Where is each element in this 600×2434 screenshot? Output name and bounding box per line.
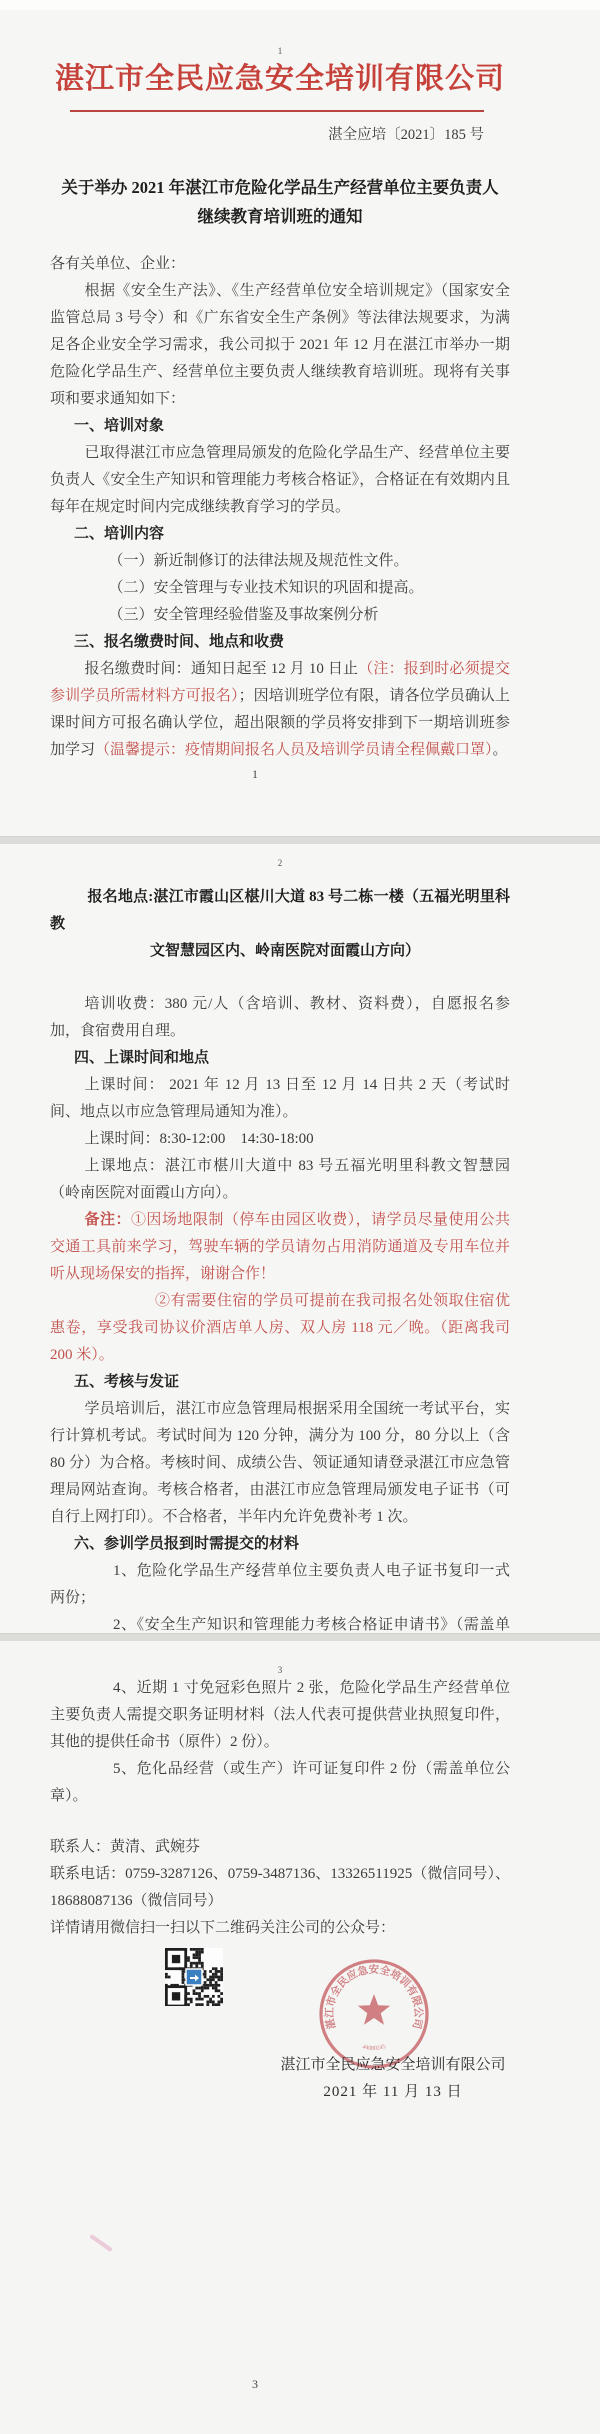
page-top-marker: 3 [50, 1641, 510, 1675]
material-item-5: 5、危化品经营（或生产）许可证复印件 2 份（需盖单位公章）。 [50, 1756, 510, 1810]
section-3-heading: 三、报名缴费时间、地点和收费 [50, 629, 510, 656]
salutation: 各有关单位、企业： [50, 251, 510, 278]
page-number-footer: 1 [0, 761, 510, 788]
document-title-line1: 关于举办 2021 年湛江市危险化学品生产经营单位主要负责人 [50, 173, 510, 202]
section-5-heading: 五、考核与发证 [50, 1369, 510, 1396]
page-top-marker: 2 [50, 844, 510, 868]
note-1: 备注：①因场地限制（停车由园区收费），请学员尽量使用公共交通工具前来学习，驾驶车… [50, 1207, 510, 1288]
seal-star-icon [358, 1994, 390, 2025]
registration-paragraph: 报名缴费时间：通知日起至 12 月 10 日止（注：报到时必须提交参训学员所需材… [50, 656, 510, 764]
document-page-3: 3 4、近期 1 寸免冠彩色照片 2 张，危险化学品生产经营单位主要负责人需提交… [0, 1641, 600, 2434]
registration-tip-red: （温馨提示：疫情期间报名人员及培训学员请全程佩戴口罩） [95, 742, 493, 758]
registration-address-line1: 报名地点:湛江市霞山区椹川大道 83 号二栋一楼（五福光明里科教 [50, 884, 510, 938]
section-6-heading: 六、参训学员报到时需提交的材料 [50, 1531, 510, 1558]
letterhead-rule [70, 110, 484, 112]
signature-block: 湛江市全民应急安全培训有限公司 2021 年 11 月 13 日 [276, 2052, 510, 2106]
section-5-body: 学员培训后，湛江市应急管理局根据采用全国统一考试平台，实行计算机考试。考试时间为… [50, 1396, 510, 1531]
scan-top-margin [0, 0, 600, 10]
page-top-marker: 1 [50, 10, 510, 56]
section-2-item-2: （二）安全管理与专业技术知识的巩固和提高。 [50, 575, 510, 602]
signature-date: 2021 年 11 月 13 日 [276, 2079, 510, 2106]
contact-person: 联系人：黄清、武婉芬 [50, 1834, 510, 1861]
section-1-heading: 一、培训对象 [50, 413, 510, 440]
fee-paragraph: 培训收费：380 元/人（含培训、教材、资料费），自愿报名参加，食宿费用自理。 [50, 991, 510, 1045]
organization-letterhead: 湛江市全民应急安全培训有限公司 [50, 62, 510, 96]
document-title: 关于举办 2021 年湛江市危险化学品生产经营单位主要负责人 继续教育培训班的通… [50, 173, 510, 231]
class-place: 上课地点：湛江市椹川大道中 83 号五福光明里科教文智慧园（岭南医院对面霞山方向… [50, 1153, 510, 1207]
signature-organization: 湛江市全民应急安全培训有限公司 [276, 2052, 510, 2079]
section-2-item-3: （三）安全管理经验借鉴及事故案例分析 [50, 602, 510, 629]
qr-hint: 详情请用微信扫一扫以下二维码关注公司的公众号： [50, 1915, 510, 1942]
document-page-2: 2 报名地点:湛江市霞山区椹川大道 83 号二栋一楼（五福光明里科教 文智慧园区… [0, 844, 600, 1633]
registration-address-line2: 文智慧园区内、岭南医院对面霞山方向） [150, 938, 510, 965]
document-page-1: 1 湛江市全民应急安全培训有限公司 湛全应培〔2021〕185 号 关于举办 2… [0, 10, 600, 836]
page-number-footer: 2 [0, 1560, 510, 1587]
page-number-footer: 3 [0, 2371, 510, 2398]
registration-text-3: 。 [493, 742, 508, 758]
page-separator [0, 1633, 600, 1641]
document-number: 湛全应培〔2021〕185 号 [50, 122, 510, 149]
section-1-body: 已取得湛江市应急管理局颁发的危险化学品生产、经营单位主要负责人《安全生产知识和管… [50, 440, 510, 521]
material-item-4: 4、近期 1 寸免冠彩色照片 2 张，危险化学品生产经营单位主要负责人需提交职务… [50, 1675, 510, 1756]
registration-address: 报名地点:湛江市霞山区椹川大道 83 号二栋一楼（五福光明里科教 文智慧园区内、… [50, 884, 510, 965]
document-title-line2: 继续教育培训班的通知 [50, 202, 510, 231]
contact-phone: 联系电话：0759-3287126、0759-3487136、133265119… [50, 1861, 510, 1915]
section-2-heading: 二、培训内容 [50, 521, 510, 548]
registration-text: 报名缴费时间：通知日起至 12 月 10 日止 [85, 661, 359, 677]
scan-ink-artifact [89, 2234, 113, 2252]
section-4-heading: 四、上课时间和地点 [50, 1045, 510, 1072]
scanned-document: 1 湛江市全民应急安全培训有限公司 湛全应培〔2021〕185 号 关于举办 2… [0, 0, 600, 2434]
class-date: 上课时间： 2021 年 12 月 13 日至 12 月 14 日共 2 天（考… [50, 1072, 510, 1126]
seal-serial: 44080245 [362, 2044, 387, 2052]
section-2-item-1: （一）新近制修订的法律法规及规范性文件。 [50, 548, 510, 575]
class-hours: 上课时间：8:30-12:00 14:30-18:00 [50, 1126, 510, 1153]
svg-text:44080245: 44080245 [362, 2044, 387, 2052]
page-separator [0, 836, 600, 844]
wechat-qr-code [165, 1948, 223, 2006]
intro-paragraph: 根据《安全生产法》、《生产经营单位安全培训规定》（国家安全监管总局 3 号令）和… [50, 278, 510, 413]
note-2: ②有需要住宿的学员可提前在我司报名处领取住宿优惠卷，享受我司协议价酒店单人房、双… [50, 1288, 510, 1369]
material-item-2: 2、《安全生产知识和管理能力考核合格证申请书》（需盖单位公章）原件 2 份； [50, 1612, 510, 1633]
note-label: 备注： [85, 1212, 131, 1228]
